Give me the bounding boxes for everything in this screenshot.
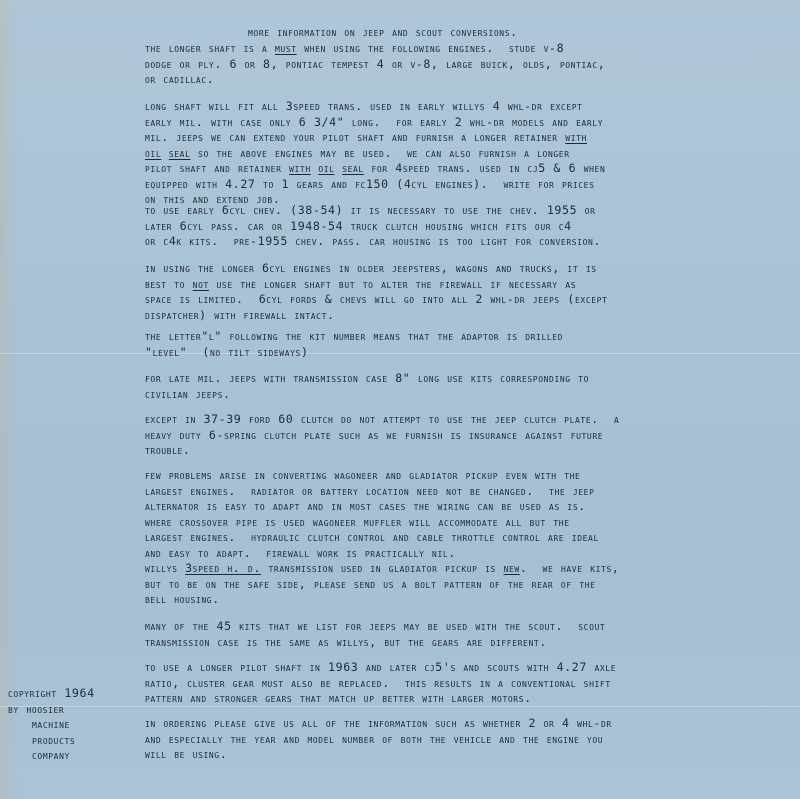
text-line: largest engines. Hydraulic clutch contro… bbox=[145, 530, 599, 544]
text-line: . We have kits, bbox=[520, 561, 620, 575]
paragraph-letter-l: The letter"L" following the kit number m… bbox=[145, 329, 563, 360]
copyright-line: by Hoosier bbox=[8, 702, 64, 716]
copyright-line: Company bbox=[8, 748, 95, 764]
underlined-emphasis: OIL bbox=[318, 161, 334, 175]
text-line: for 4Speed trans. used in CJ5 & 6 when bbox=[364, 161, 606, 175]
text-line: civilian Jeeps. bbox=[145, 387, 231, 401]
paragraph-wagoneer-gladiator: Few problems arise in converting Wagonee… bbox=[145, 468, 599, 561]
text-line: Willys bbox=[145, 561, 185, 575]
copyright-line: Copyright 1964 bbox=[8, 686, 95, 700]
text-line: so the above engines may be used. We can… bbox=[191, 146, 570, 160]
text-line: Alternator is easy to adapt and in most … bbox=[145, 499, 586, 513]
paragraph-ordering-info: In ordering please give us all of the in… bbox=[145, 716, 612, 763]
text-line: best to bbox=[145, 277, 193, 291]
text-line: Long shaft will fit all 3Speed trans. us… bbox=[145, 99, 583, 113]
text-line: or Cadillac. bbox=[145, 72, 214, 86]
copyright-line: Products bbox=[8, 733, 95, 749]
paragraph-longer-pilot-shaft-1963: To use a longer pilot shaft in 1963 and … bbox=[145, 660, 616, 707]
paragraph-late-mil-jeeps: For late Mil. Jeeps with transmission ca… bbox=[145, 371, 589, 402]
text-line: largest engines. Radiator or Battery loc… bbox=[145, 484, 595, 498]
paragraph-longer-shaft-engines: The longer shaft is a MUST when using th… bbox=[145, 41, 605, 88]
text-line: To use early 6Cyl Chev. (38-54) it is ne… bbox=[145, 203, 596, 217]
underlined-emphasis: NOT bbox=[193, 277, 209, 291]
underlined-emphasis: WITH bbox=[565, 130, 587, 144]
text-line: heavy duty 6-Spring clutch plate such as… bbox=[145, 428, 603, 442]
text-line: To use a longer pilot shaft in 1963 and … bbox=[145, 660, 616, 674]
text-line: bell housing. bbox=[145, 592, 220, 606]
paragraph-long-shaft-fit: Long shaft will fit all 3Speed trans. us… bbox=[145, 99, 605, 208]
text-line: equipped with 4.27 to 1 gears and FC150 … bbox=[145, 177, 595, 191]
text-line: and easy to adapt. Firewall work is prac… bbox=[145, 546, 456, 560]
text-line: early Mil. with case only 6 3/4" long. F… bbox=[145, 115, 603, 129]
underlined-emphasis: OIL bbox=[145, 146, 161, 160]
underlined-emphasis: WITH bbox=[289, 161, 311, 175]
paragraph-longer-6cyl-engines: In using the longer 6Cyl engines in olde… bbox=[145, 261, 608, 323]
scanned-document-page: More information on Jeep and Scout conve… bbox=[0, 0, 800, 799]
text-line: later 6Cyl pass. car or 1948-54 truck cl… bbox=[145, 219, 572, 233]
text-line: transmission used in Gladiator Pickup is bbox=[261, 561, 504, 575]
underlined-emphasis: SEAL bbox=[169, 146, 191, 160]
text-line: when using the following engines. Stude … bbox=[297, 41, 565, 55]
text-line: Except in 37-39 Ford 60 clutch do not at… bbox=[145, 412, 619, 426]
text-line: In using the longer 6Cyl engines in olde… bbox=[145, 261, 597, 275]
text-line: transmission case is the same as Willys,… bbox=[145, 635, 547, 649]
text-line: The letter"L" following the kit number m… bbox=[145, 329, 563, 343]
text-line: Where crossover pipe is used Wagoneer mu… bbox=[145, 515, 570, 529]
text-line: dispatcher) with firewall intact. bbox=[145, 308, 335, 322]
underlined-emphasis: MUST bbox=[275, 41, 297, 55]
text-line: The longer shaft is a bbox=[145, 41, 275, 55]
paragraph-45-kits-scout: Many of the 45 kits that we list for Jee… bbox=[145, 619, 605, 650]
text-line: Many of the 45 kits that we list for Jee… bbox=[145, 619, 605, 633]
paragraph-early-6cyl-chev: To use early 6Cyl Chev. (38-54) it is ne… bbox=[145, 203, 601, 250]
text-line: pilot shaft and retainer bbox=[145, 161, 289, 175]
text-line: For late Mil. Jeeps with transmission ca… bbox=[145, 371, 589, 385]
text-line: and especially the year and model number… bbox=[145, 732, 603, 746]
text-line: In ordering please give us all of the in… bbox=[145, 716, 612, 730]
paragraph-willys-3speed: Willys 3Speed H. D. transmission used in… bbox=[145, 561, 619, 608]
underlined-emphasis: SEAL bbox=[342, 161, 364, 175]
paragraph-clutch-plate: Except in 37-39 Ford 60 clutch do not at… bbox=[145, 412, 619, 459]
underlined-emphasis: 3Speed H. D. bbox=[185, 561, 261, 575]
document-title: More information on Jeep and Scout conve… bbox=[248, 25, 518, 41]
text-line: will be using. bbox=[145, 747, 227, 761]
text-line: but to be on the safe side, please send … bbox=[145, 577, 596, 591]
text-line: pattern and stronger gears that match up… bbox=[145, 691, 532, 705]
text-line: trouble. bbox=[145, 443, 191, 457]
text-line: "Level" (no tilt sideways) bbox=[145, 345, 309, 359]
copyright-notice: Copyright 1964 by Hoosier MachineProduct… bbox=[8, 686, 95, 764]
text-line: Mil. Jeeps we can extend your pilot shaf… bbox=[145, 130, 565, 144]
copyright-line: Machine bbox=[8, 717, 95, 733]
text-line: or C4K kits. Pre-1955 Chev. pass. car ho… bbox=[145, 234, 601, 248]
underlined-emphasis: NEW bbox=[504, 561, 520, 575]
text-line: use the longer shaft but to alter the fi… bbox=[209, 277, 576, 291]
text-line: Few problems arise in converting Wagonee… bbox=[145, 468, 580, 482]
text-line: Dodge or Ply. 6 or 8, Pontiac Tempest 4 … bbox=[145, 57, 605, 71]
text-line: space is limited. 6Cyl Fords & Chevs wil… bbox=[145, 292, 608, 306]
text-line: ratio, cluster gear must also be replace… bbox=[145, 676, 611, 690]
